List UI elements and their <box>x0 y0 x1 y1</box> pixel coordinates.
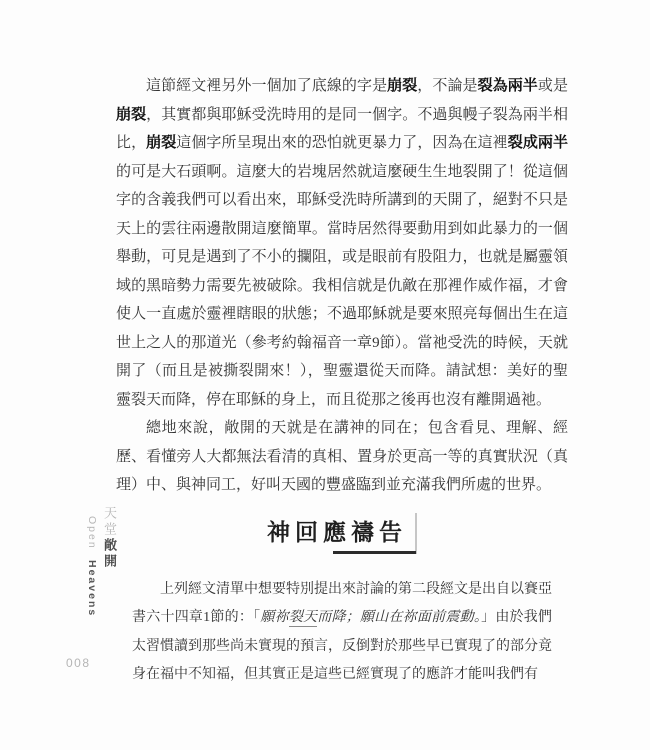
book-title-cjk-dark: 敞開 <box>102 538 117 570</box>
sidebar-book-title: 天堂敞開OpenHeavens <box>83 506 118 676</box>
paragraph-commentary-1: 這節經文裡另外一個加了底線的字是崩裂，不論是裂為兩半或是崩裂，其實都與耶穌受洗時… <box>116 72 568 414</box>
heading-underline-rule <box>333 551 416 554</box>
book-title-en-light: Open <box>86 506 98 550</box>
paragraph-commentary-2: 總地來說，敞開的天就是在講神的同在；包含看見、理解、經歷、看懂旁人大都無法看清的… <box>116 414 568 500</box>
page-number: 008 <box>66 656 91 670</box>
book-title-cjk-light: 天堂 <box>102 506 117 538</box>
section-heading: 神回應禱告 <box>116 513 568 554</box>
book-page: 這節經文裡另外一個加了底線的字是崩裂，不論是裂為兩半或是崩裂，其實都與耶穌受洗時… <box>0 0 650 750</box>
main-text-column: 這節經文裡另外一個加了底線的字是崩裂，不論是裂為兩半或是崩裂，其實都與耶穌受洗時… <box>116 72 568 690</box>
section-heading-text: 神回應禱告 <box>267 520 407 545</box>
book-title-en-dark: Heavens <box>86 550 98 617</box>
section-heading-box: 神回應禱告 <box>267 513 417 554</box>
paragraph-scripture-discussion: 上列經文清單中想要特別提出來討論的第二段經文是出自以賽亞書六十四章1節的：「願祢… <box>132 576 552 690</box>
